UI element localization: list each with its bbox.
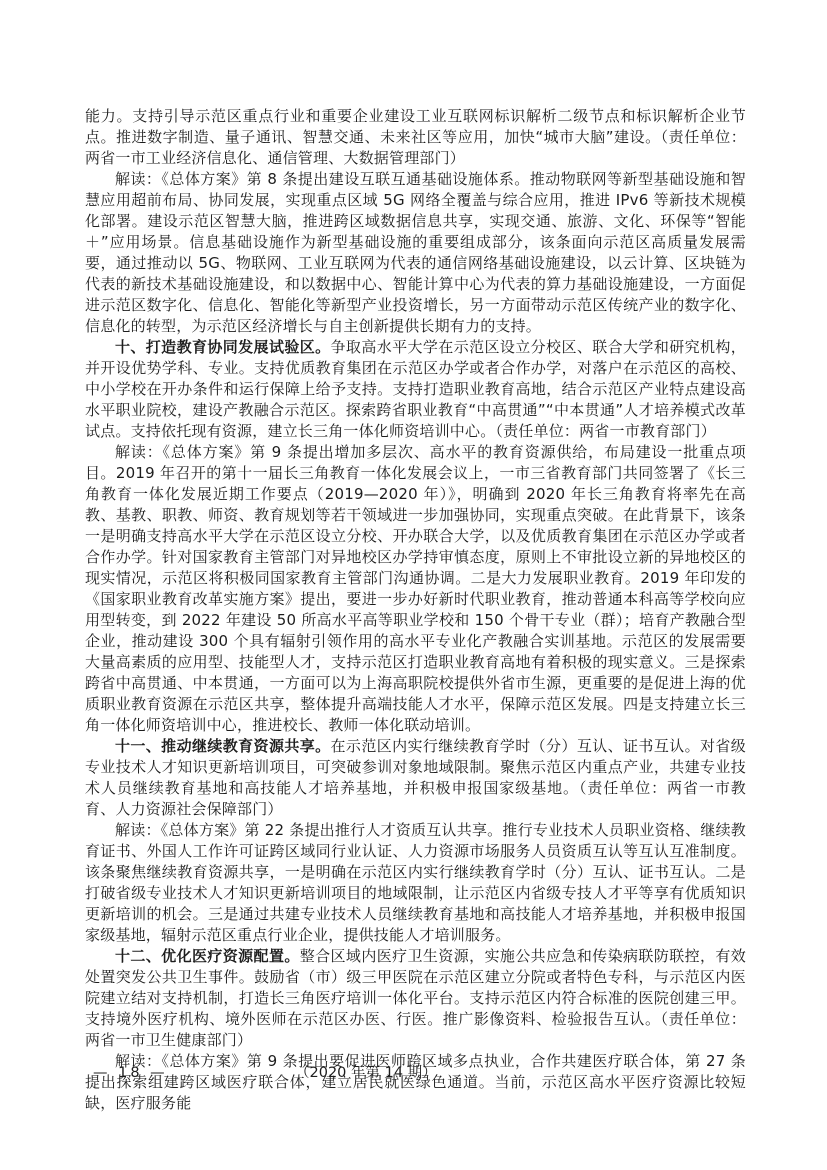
document-page: 能力。支持引导示范区重点行业和重要企业建设工业互联网标识解析二级节点和标识解析企… xyxy=(0,0,827,1170)
section-paragraph: 十、打造教育协同发展试验区。争取高水平大学在示范区设立分校区、联合大学和研究机构… xyxy=(85,337,746,442)
section-paragraph: 十二、优化医疗资源配置。整合区域内医疗卫生资源，实施公共应急和传染病联防联控，有… xyxy=(85,946,746,1051)
section-heading: 十、打造教育协同发展试验区。 xyxy=(115,338,331,356)
body-paragraph: 解读：《总体方案》第 9 条提出增加多层次、高水平的教育资源供给，布局建设一批重… xyxy=(85,442,746,736)
issue-label: （2020 年第 14 期） xyxy=(295,1063,437,1084)
body-paragraph: 能力。支持引导示范区重点行业和重要企业建设工业互联网标识解析二级节点和标识解析企… xyxy=(85,106,746,169)
section-paragraph: 十一、推动继续教育资源共享。在示范区内实行继续教育学时（分）互认、证书互认。对省… xyxy=(85,736,746,820)
body-paragraph: 解读：《总体方案》第 8 条提出建设互联互通基础设施体系。推动物联网等新型基础设… xyxy=(85,169,746,337)
body-paragraph: 解读：《总体方案》第 22 条提出推行人才资质互认共享。推行专业技术人员职业资格… xyxy=(85,820,746,946)
page-number: — 18 — xyxy=(93,1063,168,1084)
page-footer: — 18 — （2020 年第 14 期） xyxy=(85,1063,746,1084)
section-heading: 十一、推动继续教育资源共享。 xyxy=(115,737,331,755)
section-heading: 十二、优化医疗资源配置。 xyxy=(115,947,300,965)
document-body: 能力。支持引导示范区重点行业和重要企业建设工业互联网标识解析二级节点和标识解析企… xyxy=(85,106,746,1114)
